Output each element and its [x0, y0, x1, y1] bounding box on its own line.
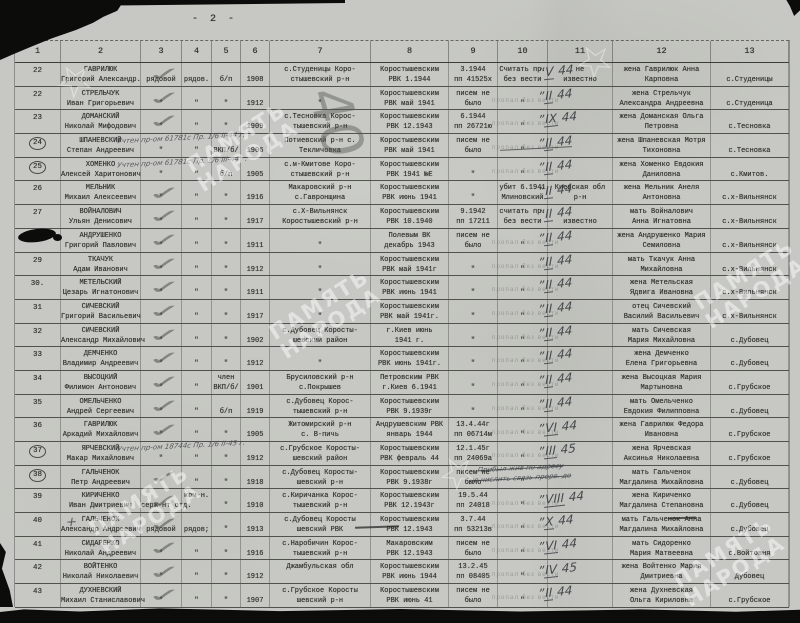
table-cell: ДУХНЕВСКИЙМихаил Станиславович: [61, 584, 141, 607]
table-row: 38ГАЛЬЧЕНОКПетр Андреевич"""1918с.Дубове…: [15, 466, 789, 490]
cell-line-1: [449, 278, 497, 288]
cell-line-1: [711, 65, 788, 75]
table-cell: 1912: [241, 560, 270, 583]
cell-line-1: [212, 207, 240, 217]
table-cell: 1905: [241, 418, 270, 441]
table-cell: ": [182, 537, 212, 560]
cell-line-2: 1911: [241, 241, 269, 251]
roman-month: II: [544, 206, 553, 222]
cell-line-1: г.Киев июнь: [371, 326, 448, 336]
table-cell: ВОЙТЕНКОНиколай Николаевич: [61, 560, 141, 583]
table-cell: МакаровскимРВК 12.1943: [371, 537, 449, 560]
cell-line-2: Аркадий Михайлович: [61, 430, 140, 440]
table-cell: б/п: [212, 63, 241, 86]
table-cell: с.Грубское: [711, 418, 789, 441]
table-cell: с.Тесновка: [711, 134, 789, 157]
cell-line-2: ": [212, 265, 240, 275]
table-cell: членВКП/б/: [212, 371, 241, 394]
table-cell: 3.1944пп 41525х: [449, 63, 498, 86]
row-number-cell: 39: [15, 489, 61, 512]
cell-line-2: 1912: [241, 359, 269, 369]
roman-month: II: [544, 349, 553, 365]
cell-line-2: с.Дубовец: [711, 407, 788, 417]
cell-line-1: мать Сичевская: [613, 326, 710, 336]
cell-line-1: МЕТЕЛЬСКИЙ: [61, 278, 140, 288]
cell-line-2: декабрь 1943: [371, 241, 448, 251]
row-number: 34: [33, 374, 42, 384]
cell-line-1: Коростышевским: [371, 278, 448, 288]
cell-line-2: Карповна: [613, 75, 710, 85]
cell-line-1: [212, 468, 240, 478]
cell-line-1: [711, 183, 788, 193]
cell-line-1: [212, 349, 240, 359]
cell-line-2: шевский район: [270, 454, 370, 464]
cell-line-1: ТКАЧУК: [61, 255, 140, 265]
cell-line-2: ": [212, 359, 240, 369]
cell-line-2: РВК 12.1943г: [371, 501, 448, 511]
table-cell: с.Грубское: [711, 371, 789, 394]
cell-line-1: [212, 302, 240, 312]
cell-line-1: [212, 586, 240, 596]
cell-line-1: с.м-Кмитове Коро-: [270, 160, 370, 170]
cell-line-2: Магдалина Михайловна: [613, 525, 710, 535]
roman-month: II: [544, 396, 553, 412]
cell-line-1: писем не: [449, 586, 497, 596]
cell-line-1: жена Андрушенко Мария: [613, 231, 710, 241]
cell-line-1: жена Гаврилюк Анна: [613, 65, 710, 75]
cell-line-1: писем не: [449, 136, 497, 146]
table-cell: 1910: [241, 489, 270, 512]
table-cell: ВОЙНАЛОВИЧУльян Денисович: [61, 205, 141, 228]
column-number: 12: [613, 41, 711, 62]
table-cell: 1917: [241, 205, 270, 228]
cell-line-2: г.Киев 6.1941: [371, 383, 448, 393]
table-cell: КоростышевскимРВК июнь 1944: [371, 560, 449, 583]
table-cell: ": [449, 371, 498, 394]
table-cell: с.Дубовец: [711, 347, 789, 370]
table-row: 36ГАВРИЛЮКАркадий Михайлович"""1905Житом…: [15, 418, 789, 442]
cell-line-2: ": [182, 217, 211, 227]
cell-line-2: 1911: [241, 288, 269, 298]
cell-line-1: [182, 65, 211, 75]
cell-line-1: [241, 420, 269, 430]
cell-line-2: с. В-пичь: [270, 430, 370, 440]
cell-line-1: писем не: [449, 539, 497, 549]
row-number-cell: 23: [15, 110, 61, 133]
roman-month: IV: [544, 562, 558, 579]
table-cell: жена Шпаневская МотряТихоновна: [613, 134, 711, 157]
table-cell: ДЕМЧЕНКОВладимир Андреевич: [61, 347, 141, 370]
cell-line-1: [212, 515, 240, 525]
cell-line-2: ": [212, 241, 240, 251]
cell-line-2: РВК 1941 №Е: [371, 170, 448, 180]
cell-line-1: [182, 89, 211, 99]
cell-line-2: 1919: [241, 407, 269, 417]
cell-line-2: РВК 12.1943: [371, 549, 448, 559]
roman-month: II: [544, 230, 553, 246]
cell-line-1: [182, 255, 211, 265]
row-number-cell: 27: [15, 205, 61, 228]
cell-line-1: Коростышевским: [371, 586, 448, 596]
cell-line-2: РВК 12.1943: [371, 122, 448, 132]
row-number-cell: 34: [15, 371, 61, 394]
table-cell: писем небыло: [449, 537, 498, 560]
row-number: 33: [33, 350, 42, 360]
row-number: 32: [33, 327, 42, 337]
cell-line-2: Магдалина Михайловна: [613, 478, 710, 488]
cell-line-1: [182, 539, 211, 549]
cell-line-2: 1917: [241, 217, 269, 227]
cell-line-1: [212, 562, 240, 572]
table-row: 31СИЧЕВСКИЙГригорий Васильевич"""1917"Ко…: [15, 300, 789, 324]
column-number: 7: [270, 41, 371, 62]
cell-line-2: 1913: [241, 525, 269, 535]
cell-line-1: [182, 326, 211, 336]
page-number: - 2 -: [192, 14, 237, 25]
table-cell: 1901: [241, 371, 270, 394]
pencil-check-mark: ✓: [144, 561, 186, 583]
cell-line-2: ": [212, 217, 240, 227]
cell-line-2: 1901: [241, 383, 269, 393]
table-cell: жена Высоцкая МарияМартыновна: [613, 371, 711, 394]
table-cell: ": [182, 276, 212, 299]
cell-line-2: 1912: [241, 265, 269, 275]
cell-line-1: мать Гальченок: [613, 468, 710, 478]
table-cell: ВЫСОЦКИЙФилимон Антонович: [61, 371, 141, 394]
cell-line-2: Цезарь Игнатонович: [61, 288, 140, 298]
cell-line-2: с.Студеница: [711, 99, 788, 109]
cell-line-1: [241, 207, 269, 217]
pencil-check-mark: ✓: [144, 87, 186, 109]
cell-line-1: [241, 89, 269, 99]
table-cell: с.Тесновка: [711, 110, 789, 133]
table-cell: мать Гальченок АннаМагдалина Михайловна: [613, 513, 711, 536]
roman-month: VIII: [544, 490, 565, 507]
column-number: 4: [182, 41, 212, 62]
table-cell: жена СтрельчукАлександра Андреевна: [613, 87, 711, 110]
cell-line-2: 1912: [241, 572, 269, 582]
cell-line-1: Коростышевским: [371, 112, 448, 122]
cell-line-2: тышевский р-н: [270, 407, 370, 417]
table-cell: с.Дубовец Коросты-шевский р-н: [270, 466, 371, 489]
column-number: 13: [711, 41, 789, 62]
table-row: 33ДЕМЧЕНКОВладимир Андреевич"""1912"Коро…: [15, 347, 789, 371]
row-number: 26: [33, 184, 42, 194]
cell-line-1: [212, 255, 240, 265]
cell-line-1: жена Ярчевская: [613, 444, 710, 454]
table-cell: 9.1942пп 17211: [449, 205, 498, 228]
cell-line-1: [241, 539, 269, 549]
table-cell: г.Киев июнь1941 г.: [371, 324, 449, 347]
cell-line-2: Магдалина Степановна: [613, 501, 710, 511]
cell-line-1: Коростышевским: [371, 397, 448, 407]
row-number-cell: 24: [15, 134, 61, 157]
cell-line-2: ": [182, 288, 211, 298]
table-cell: ": [212, 205, 241, 228]
cell-line-2: Василий Васильевич: [613, 312, 710, 322]
cell-line-1: [182, 397, 211, 407]
row-number: 24: [29, 137, 46, 150]
roman-month: II: [544, 159, 553, 175]
cell-line-2: ": [182, 454, 211, 464]
cell-line-1: [449, 397, 497, 407]
cell-line-1: Брусиловский р-н: [270, 373, 370, 383]
cell-line-2: январь 1944: [371, 430, 448, 440]
table-cell: АНДРУШЕНКОГригорий Павлович: [61, 229, 141, 252]
cell-line-1: 13.2.45: [449, 562, 497, 572]
table-cell: ГАЛЬЧЕНОКПетр Андреевич: [61, 466, 141, 489]
cell-line-2: с.х-Вильнянск: [711, 193, 788, 203]
cell-line-1: ДОМАНСКИЙ: [61, 112, 140, 122]
cell-line-2: ": [270, 359, 370, 369]
row-number-cell: 43: [15, 584, 61, 607]
table-cell: жена Доманская ОльгаПетровна: [613, 110, 711, 133]
table-cell: с.Дубовец: [711, 395, 789, 418]
table-cell: ": [212, 560, 241, 583]
cell-line-1: [182, 278, 211, 288]
table-cell: с.Дубовец Коростышевский РВК: [270, 513, 371, 536]
cell-line-2: Алексей Харитонович: [61, 170, 140, 180]
table-cell: КоростышевскимРВК 9.1939г: [371, 395, 449, 418]
pencil-check-mark: ✓: [144, 277, 186, 299]
cell-line-2: 1912: [241, 454, 269, 464]
row-number: 43: [33, 587, 42, 597]
cell-line-2: ": [449, 265, 497, 275]
cell-line-1: ВЫСОЦКИЙ: [61, 373, 140, 383]
cell-line-2: б/п: [212, 407, 240, 417]
cell-line-1: ВОЙНАЛОВИЧ: [61, 207, 140, 217]
table-cell: ": [182, 371, 212, 394]
table-cell: МЕТЕЛЬСКИЙЦезарь Игнатонович: [61, 276, 141, 299]
cell-line-2: пп 08405: [449, 572, 497, 582]
cell-line-2: Тихоновна: [613, 146, 710, 156]
table-cell: ": [182, 347, 212, 370]
row-number: 42: [33, 563, 42, 573]
cell-line-2: Михайловна: [613, 265, 710, 275]
cell-line-2: было: [449, 549, 497, 559]
cell-line-1: мать Сидоренко: [613, 539, 710, 549]
table-cell: ": [449, 300, 498, 323]
cell-line-2: с.Дубовец: [711, 336, 788, 346]
cell-line-1: жена Демченко: [613, 349, 710, 359]
cell-line-1: Коростышевским: [371, 349, 448, 359]
table-cell: Житомирский р-нс. В-пичь: [270, 418, 371, 441]
roman-month: IX: [544, 111, 558, 128]
cell-line-1: Коростышевским: [371, 207, 448, 217]
cell-line-2: РВК май 1941: [371, 99, 448, 109]
table-cell: ": [212, 418, 241, 441]
pencil-check-mark: ✓: [144, 372, 186, 394]
pencil-check-mark: ✓: [144, 230, 186, 252]
cell-line-1: 13.4.44г: [449, 420, 497, 430]
cell-line-2: тышевский р-н: [270, 549, 370, 559]
roman-month: II: [544, 301, 553, 317]
row-number: 22: [33, 90, 42, 100]
scanned-page: - 2 - 12345678910111213 22ГАВРИЛЮКГригор…: [0, 0, 800, 623]
cell-line-1: [212, 539, 240, 549]
table-cell: ": [212, 584, 241, 607]
cell-line-2: 1917: [241, 312, 269, 322]
table-cell: ГАВРИЛЮКАркадий Михайлович: [61, 418, 141, 441]
table-cell: с.х-Вильнянск: [711, 205, 789, 228]
scan-tear-top-right: [779, 0, 800, 16]
cell-line-1: ДЕМЧЕНКО: [61, 349, 140, 359]
cell-line-1: [711, 207, 788, 217]
cell-line-2: ": [182, 359, 211, 369]
table-cell: ": [182, 584, 212, 607]
cell-line-1: Макаровский р-н: [270, 183, 370, 193]
cell-line-2: ": [182, 312, 211, 322]
cell-line-1: [182, 515, 211, 525]
cell-line-2: ": [212, 596, 240, 606]
cell-line-2: 1908: [241, 75, 269, 85]
table-cell: Петровским РВКг.Киев 6.1941: [371, 371, 449, 394]
table-cell: ": [270, 229, 371, 252]
cell-line-2: с.Покрышев: [270, 383, 370, 393]
roman-month: II: [544, 372, 553, 388]
cell-line-1: [182, 231, 211, 241]
pencil-check-mark: ✓: [144, 253, 186, 275]
cell-line-1: [241, 231, 269, 241]
row-number-cell: 31: [15, 300, 61, 323]
pencil-check-mark: ✓: [144, 538, 186, 560]
table-cell: 13.2.45пп 08405: [449, 560, 498, 583]
pencil-check-mark: ✓: [144, 206, 186, 228]
cell-line-2: ": [182, 383, 211, 393]
cell-line-1: [241, 278, 269, 288]
cell-line-1: Коростышевским: [371, 160, 448, 170]
cell-line-2: Евдокия Филипповна: [613, 407, 710, 417]
row-number: 39: [33, 492, 42, 502]
cell-line-2: тышевский р-н: [270, 501, 370, 511]
row-number-cell: 26: [15, 181, 61, 204]
pencil-check-mark: ✓: [144, 396, 186, 418]
cell-line-2: шевский р-н: [270, 596, 370, 606]
table-cell: с.Дубовец: [711, 466, 789, 489]
table-cell: жена ЯрчевскаяАксинья Николаевна: [613, 442, 711, 465]
cell-line-2: ": [212, 525, 240, 535]
cell-line-1: [212, 326, 240, 336]
cell-line-2: ": [449, 170, 497, 180]
pencil-check-mark: ✓: [144, 182, 186, 204]
table-cell: с.Студеница: [711, 87, 789, 110]
cell-line-1: [449, 349, 497, 359]
row-number: 36: [33, 421, 42, 431]
table-row: 26МЕЛЬНИКМихаил Алексеевич"""1916Макаров…: [15, 181, 789, 205]
scan-tear-bottom-left: [0, 543, 13, 607]
cell-line-2: пп 53213в: [449, 525, 497, 535]
roman-month: II: [544, 325, 553, 341]
cell-line-2: шевский р-н: [270, 478, 370, 488]
table-cell: жена ДемченкоЕлена Григорьевна: [613, 347, 711, 370]
cell-line-2: с.Грубское: [711, 430, 788, 440]
table-cell: ": [212, 87, 241, 110]
handwritten-date: ”II 44: [538, 252, 572, 270]
table-cell: ": [182, 560, 212, 583]
roman-month: II: [544, 135, 553, 151]
cell-line-1: [449, 326, 497, 336]
cell-line-2: Адам Иванович: [61, 265, 140, 275]
table-cell: ": [182, 110, 212, 133]
row-number-cell: 22: [15, 87, 61, 110]
table-row: 32СИЧЕВСКИЙАлександр Михайлович"""1902с.…: [15, 324, 789, 348]
table-cell: мать СичевскаяМария Михайловна: [613, 324, 711, 347]
table-cell: с.Грубское Коростышевский р-н: [270, 584, 371, 607]
cell-line-2: ": [449, 407, 497, 417]
table-row: 29ТКАЧУКАдам Иванович"""1912"Коростышевс…: [15, 253, 789, 277]
cell-line-1: Коростышевским: [371, 515, 448, 525]
cell-line-2: ВКП/б/: [212, 383, 240, 393]
table-header: 12345678910111213: [15, 40, 789, 63]
cell-line-2: РВК июнь 1941г.: [371, 359, 448, 369]
cell-line-2: с.Дубовец: [711, 359, 788, 369]
cell-line-2: Семиловна: [613, 241, 710, 251]
cell-line-2: РВК июнь 1941: [371, 193, 448, 203]
table-cell: КоростышевскимРВК июнь 1941г.: [371, 347, 449, 370]
cell-line-1: [182, 420, 211, 430]
cell-line-2: РВК 9.1938г: [371, 478, 448, 488]
row-number-cell: 36: [15, 418, 61, 441]
table-cell: КоростышевскимРВК 12.1943: [371, 110, 449, 133]
cell-line-2: Петровна: [613, 122, 710, 132]
cell-line-1: [212, 65, 240, 75]
cell-line-1: Коростышевским: [371, 89, 448, 99]
cell-line-2: ": [182, 241, 211, 251]
pencil-check-mark: ✓: [144, 111, 186, 133]
table-cell: мать Ткачук АннаМихайловна: [613, 253, 711, 276]
cell-line-1: Житомирский р-н: [270, 420, 370, 430]
cell-line-2: с.Грубское: [711, 454, 788, 464]
cell-line-1: Джамбульская обл: [270, 562, 370, 572]
column-number: 3: [141, 41, 182, 62]
table-row: 23ДОМАНСКИЙНиколай Мифодович"""1909с.Тес…: [15, 110, 789, 134]
table-row: 28АНДРУШЕНКОГригорий Павлович"""1911"Пол…: [15, 229, 789, 253]
cell-line-2: [270, 572, 370, 582]
cell-line-1: ВОЙТЕНКО: [61, 562, 140, 572]
table-cell: с.Грубское Коросты-шевский район: [270, 442, 371, 465]
cell-line-1: [212, 231, 240, 241]
cell-line-1: [212, 420, 240, 430]
cell-line-1: [182, 207, 211, 217]
table-cell: ОМЕЛЬЧЕНКОАндрей Сергеевич: [61, 395, 141, 418]
table-cell: 1916: [241, 537, 270, 560]
cell-line-1: жена Хоменко Евдокия: [613, 160, 710, 170]
cell-line-1: жена Шпаневская Мотря: [613, 136, 710, 146]
table-cell: 1911: [241, 229, 270, 252]
table-cell: ": [212, 347, 241, 370]
cell-line-2: ": [449, 336, 497, 346]
table-cell: ": [212, 300, 241, 323]
table-cell: 3.7.44пп 53213в: [449, 513, 498, 536]
cell-line-1: МЕЛЬНИК: [61, 183, 140, 193]
pencil-check-mark: ✓: [144, 348, 186, 370]
cell-line-2: Мария Михайловна: [613, 336, 710, 346]
cell-line-1: [711, 373, 788, 383]
cell-line-1: [711, 468, 788, 478]
table-row: 27ВОЙНАЛОВИЧУльян Денисович"""1917с.Х-Ви…: [15, 205, 789, 229]
table-cell: б/п: [212, 395, 241, 418]
table-cell: ": [449, 324, 498, 347]
table-cell: КоростышевскимРВК июнь 1941: [371, 181, 449, 204]
cell-line-2: ": [212, 99, 240, 109]
table-cell: ": [182, 300, 212, 323]
cell-line-1: жена Мельник Анеля: [613, 183, 710, 193]
cell-line-2: 1907: [241, 596, 269, 606]
cell-line-2: Елена Григорьевна: [613, 359, 710, 369]
cell-line-2: рядов.: [182, 75, 211, 85]
cell-line-1: [212, 491, 240, 501]
cell-line-1: Коростышевским: [371, 562, 448, 572]
